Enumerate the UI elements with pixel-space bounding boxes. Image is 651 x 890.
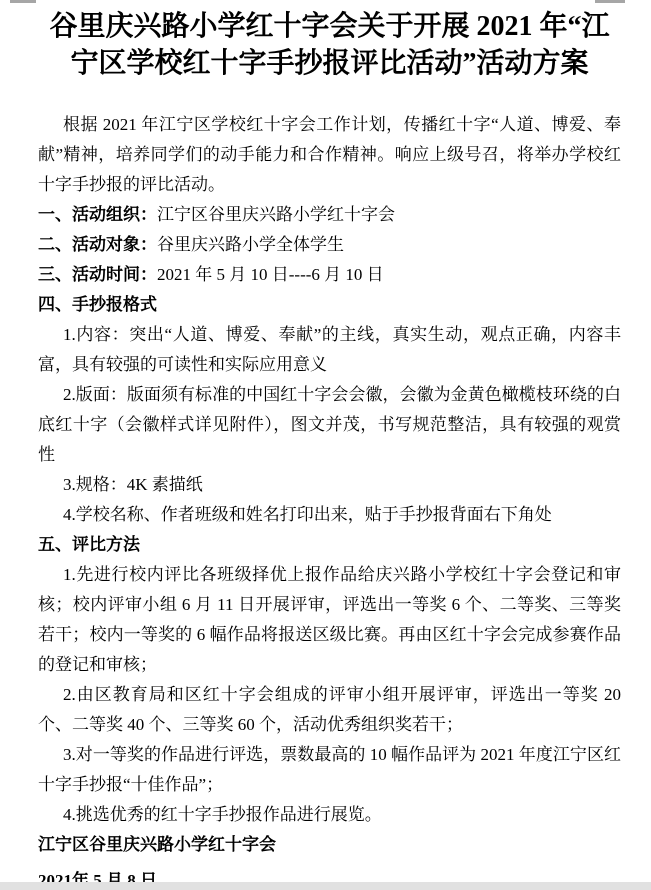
- judging-item: 2.由区教育局和区红十字会组成的评审小组开展评审，评选出一等奖 20 个、二等奖…: [38, 680, 621, 740]
- format-item: 2.版面：版面须有标准的中国红十字会会徽，会徽为金黄色橄榄枝环绕的白底红十字（会…: [38, 380, 621, 470]
- meta-value: 江宁区谷里庆兴路小学红十字会: [157, 205, 395, 224]
- section-heading-judging: 五、评比方法: [38, 530, 621, 560]
- top-edge-mark-right: [595, 0, 625, 3]
- judging-item: 1.先进行校内评比各班级择优上报作品给庆兴路小学校红十字会登记和审核；校内评审小…: [38, 560, 621, 680]
- meta-line-organizer: 一、活动组织：江宁区谷里庆兴路小学红十字会: [38, 200, 621, 230]
- meta-value: 谷里庆兴路小学全体学生: [157, 235, 344, 254]
- meta-value: 2021 年 5 月 10 日----6 月 10 日: [157, 265, 384, 284]
- document-body: 谷里庆兴路小学红十字会关于开展 2021 年“江宁区学校红十字手抄报评比活动”活…: [0, 0, 651, 890]
- judging-item: 4.挑选优秀的红十字手抄报作品进行展览。: [38, 800, 621, 830]
- top-edge-mark-left: [10, 0, 36, 3]
- document-title: 谷里庆兴路小学红十字会关于开展 2021 年“江宁区学校红十字手抄报评比活动”活…: [38, 8, 621, 82]
- meta-label: 二、活动对象：: [38, 235, 157, 254]
- meta-label: 一、活动组织：: [38, 205, 157, 224]
- judging-item: 3.对一等奖的作品进行评选，票数最高的 10 幅作品评为 2021 年度江宁区红…: [38, 740, 621, 800]
- signature-line: 江宁区谷里庆兴路小学红十字会: [38, 830, 621, 860]
- meta-label: 三、活动时间：: [38, 265, 157, 284]
- format-item: 1.内容：突出“人道、博爱、奉献”的主线，真实生动，观点正确，内容丰富，具有较强…: [38, 320, 621, 380]
- section-heading-format: 四、手抄报格式: [38, 290, 621, 320]
- intro-paragraph: 根据 2021 年江宁区学校红十字会工作计划，传播红十字“人道、博爱、奉献”精神…: [38, 110, 621, 200]
- meta-line-audience: 二、活动对象：谷里庆兴路小学全体学生: [38, 230, 621, 260]
- meta-line-time: 三、活动时间：2021 年 5 月 10 日----6 月 10 日: [38, 260, 621, 290]
- format-item: 4.学校名称、作者班级和姓名打印出来，贴于手抄报背面右下角处: [38, 500, 621, 530]
- format-item: 3.规格：4K 素描纸: [38, 470, 621, 500]
- document-page: { "colors": { "page_background": "#fffff…: [0, 0, 651, 890]
- horizontal-scrollbar-track[interactable]: [0, 882, 651, 890]
